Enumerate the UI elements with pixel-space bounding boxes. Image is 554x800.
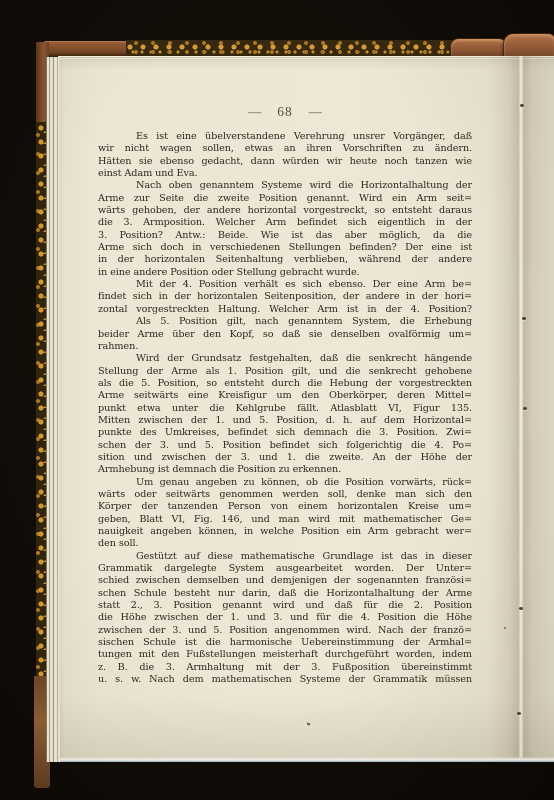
text-line: einst Adam und Eva. [98, 168, 472, 180]
text-line: Arme sich doch in verschiedenen Stellung… [98, 242, 472, 254]
binding-stitch [523, 407, 527, 410]
text-line: wärts oder seitwärts genommen werden sol… [98, 489, 472, 501]
text-line: in der horizontalen Seitenhaltung verbli… [98, 254, 472, 266]
gutter-fold [488, 56, 554, 762]
paragraph: Es ist eine übelverstandene Verehrung un… [98, 131, 472, 180]
text-line: in eine andere Position oder Stellung ge… [98, 267, 472, 279]
text-line: Stellung der Arme als 1. Position gilt, … [98, 366, 472, 378]
text-line: Hätten sie ebenso gedacht, dann würden w… [98, 156, 472, 168]
text-line: beider Arme über den Kopf, so daß sie de… [98, 329, 472, 341]
text-line: die 3. Armposition. Welcher Arm befindet… [98, 217, 472, 229]
page-number: 68 [277, 104, 293, 120]
text-line: schen der 3. und 5. Position befindet si… [98, 440, 472, 452]
text-line: zwischen der 3. und 5. Position angenomm… [98, 625, 472, 637]
text-line: wir nicht wagen sollen, etwas an ihren V… [98, 143, 472, 155]
text-line: sition und zwischen der 3. und 1. die zw… [98, 452, 472, 464]
text-line: Arme seitwärts eine Kreisfigur um den Ob… [98, 390, 472, 402]
text-line: 3. Position? Antw.: Beide. Wie ist das a… [98, 230, 472, 242]
text-line: die Höhe zwischen der 1. und 3. und für … [98, 612, 472, 624]
text-line: rahmen. [98, 341, 472, 353]
text-line: Arme zur Seite die zweite Position genan… [98, 193, 472, 205]
binding-stitch [520, 104, 524, 107]
binding-stitch [517, 712, 521, 715]
page-fore-edge [46, 57, 60, 762]
paper-speck [307, 723, 311, 726]
text-line: sischen Schule ist die harmonische Ueber… [98, 637, 472, 649]
text-line: schen Schule besteht nur darin, daß die … [98, 588, 472, 600]
text-line: Körper der tanzenden Person von einem ho… [98, 501, 472, 513]
paragraph: Mit der 4. Position verhält es sich eben… [98, 279, 472, 316]
photo-background: — 68 — Es ist eine übelverstandene Vereh… [0, 0, 554, 800]
binding-stitch [522, 317, 526, 320]
text-line: Nach oben genanntem Systeme wird die Hor… [98, 180, 472, 192]
text-line: Als 5. Position gilt, nach genanntem Sys… [98, 316, 472, 328]
text-line: schied zwischen demselben und demjenigen… [98, 575, 472, 587]
text-line: Mit der 4. Position verhält es sich eben… [98, 279, 472, 291]
text-line: punkt etwa unter die Kehlgrube fällt. At… [98, 403, 472, 415]
page-header: — 68 — [98, 104, 472, 120]
text-line: z. B. die 3. Armhaltung mit der 3. Fußpo… [98, 662, 472, 674]
text-line: als die 5. Position, so entsteht durch d… [98, 378, 472, 390]
text-block: Es ist eine übelverstandene Verehrung un… [98, 131, 472, 686]
text-line: wärts gehoben, der andere horizontal vor… [98, 205, 472, 217]
text-line: Um genau angeben zu können, ob die Posit… [98, 477, 472, 489]
binding-stitch [519, 607, 523, 610]
text-line: geben, Blatt VI, Fig. 146, und man wird … [98, 514, 472, 526]
text-line: Es ist eine übelverstandene Verehrung un… [98, 131, 472, 143]
paragraph: Nach oben genanntem Systeme wird die Hor… [98, 180, 472, 279]
text-line: tungen mit den Fußstellungen meisterhaft… [98, 649, 472, 661]
header-dash-left: — [248, 104, 261, 120]
text-line: den soll. [98, 538, 472, 550]
book-page: — 68 — Es ist eine übelverstandene Vereh… [58, 56, 554, 762]
text-line: Gestützt auf diese mathematische Grundla… [98, 551, 472, 563]
paragraph: Wird der Grundsatz festgehalten, daß die… [98, 353, 472, 476]
text-line: findet sich in der horizontalen Seitenpo… [98, 291, 472, 303]
header-dash-right: — [309, 104, 322, 120]
text-line: zontal vorgestreckten Haltung. Welcher A… [98, 304, 472, 316]
text-line: u. s. w. Nach dem mathematischen Systeme… [98, 674, 472, 686]
paragraph: Gestützt auf diese mathematische Grundla… [98, 551, 472, 687]
paragraph: Als 5. Position gilt, nach genanntem Sys… [98, 316, 472, 353]
text-line: Wird der Grundsatz festgehalten, daß die… [98, 353, 472, 365]
page-bottom-edge [58, 757, 554, 762]
paragraph: Um genau angeben zu können, ob die Posit… [98, 477, 472, 551]
paper-speck [504, 627, 506, 629]
text-line: Grammatik dargelegte System ausgearbeite… [98, 563, 472, 575]
text-line: Armhebung ist demnach die Position zu er… [98, 464, 472, 476]
text-line: Mitten zwischen der 1. und 5. Position, … [98, 415, 472, 427]
text-line: statt 2., 3. Position genannt wird und d… [98, 600, 472, 612]
leather-cover-edge-top [44, 41, 130, 57]
text-line: punkte des Umkreises, befindet sich demn… [98, 427, 472, 439]
text-line: nauigkeit angeben können, in welche Posi… [98, 526, 472, 538]
